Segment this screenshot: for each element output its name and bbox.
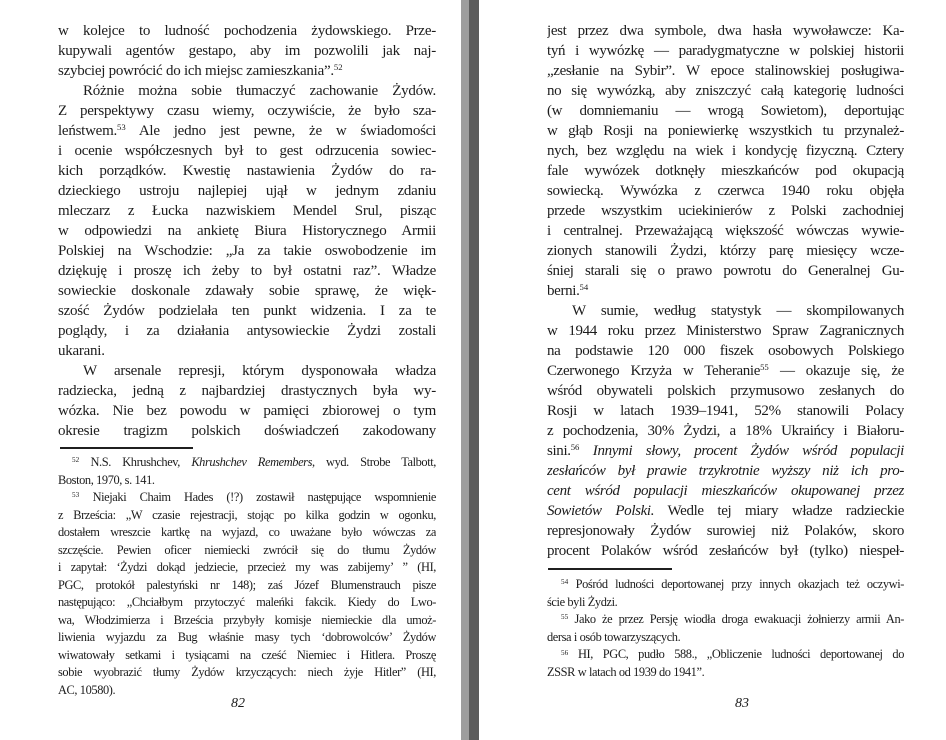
footnote-marker: 53 (117, 122, 126, 132)
text-line: wiwatowały setkami i tysiącami na cześć … (58, 647, 436, 665)
text-run: kupywali agentów gestapo, aby im pozwoli… (58, 43, 436, 59)
text-run: sowieckie doskonale zdawały sobie sprawę… (58, 283, 436, 299)
text-line: sowiecką. Wywózka z czerwca 1940 roku ob… (547, 181, 904, 201)
left-page-number: 82 (58, 695, 418, 713)
footnote-marker: 56 (571, 442, 580, 452)
text-run: Boston, 1970, s. 141. (58, 473, 155, 487)
text-run: HI, PGC, pudło 588., „Obliczenie ludnośc… (568, 647, 904, 661)
text-run: dostałem wreszcie kartkę na wyjazd, co u… (58, 525, 436, 539)
text-line: dostałem wreszcie kartkę na wyjazd, co u… (58, 524, 436, 542)
text-line: zionych stanowili Żydzi, którzy parę mie… (547, 241, 904, 261)
text-line: okresie tragizm polskich doświadczeń zak… (58, 421, 436, 441)
text-run: w odpowiedzi na ankietę Biura Historyczn… (58, 223, 436, 239)
text-run: „zesłanie na Sybir”. W epoce stalinowski… (547, 63, 904, 79)
text-line: i ocenie współczesnych był to gest odrzu… (58, 141, 436, 161)
text-line: berni.54 (547, 281, 904, 301)
text-run: liwienia wyjazdu za Bug właśnie masy tyc… (58, 630, 436, 644)
text-run: kich porządków. Kwestię nastawienia Żydó… (58, 163, 436, 179)
text-line: sini.56 Innymi słowy, procent Żydów wśró… (547, 441, 904, 461)
text-line: w kolejce to ludność pochodzenia żydowsk… (58, 21, 436, 41)
text-line: przede wszystkim uciekinierów z Polski z… (547, 201, 904, 221)
text-run: przede wszystkim uciekinierów z Polski z… (547, 203, 904, 219)
text-line: jest przez dwa symbole, dwa hasła wywoła… (547, 21, 904, 41)
text-line: W sumie, według statystyk — skompilowany… (547, 301, 904, 321)
text-line: fale wywózek dotknęły mieszkańców pod ok… (547, 161, 904, 181)
text-line: dziękuję i proszę ich żeby to był ostatn… (58, 261, 436, 281)
text-line: „zesłanie na Sybir”. W epoce stalinowski… (547, 61, 904, 81)
text-run: tyń i wywózkę — paradygmatyczne w polski… (547, 43, 904, 59)
text-line: kich porządków. Kwestię nastawienia Żydó… (58, 161, 436, 181)
text-line: szczęście. Pewien oficer niemiecki zwróc… (58, 542, 436, 560)
text-line: zesłańców był prawie trzykrotnie wyższy … (547, 461, 904, 481)
text-line: sowieckie doskonale zdawały sobie sprawę… (58, 281, 436, 301)
text-run: Polskiej na Wschodzie: „Ja za takie oswo… (58, 243, 436, 259)
text-run: represjonowały Żydów surowiej niż Polakó… (547, 523, 904, 539)
text-line: z pochodzenia, 30% Żydzi, a 18% Ukraińcy… (547, 421, 904, 441)
text-run: jest przez dwa symbole, dwa hasła wywoła… (547, 23, 904, 39)
text-run: Sowietów Polski. (547, 503, 654, 519)
text-run: (w domniemaniu — wrogą Sowietom), deport… (547, 103, 904, 119)
text-run: N.S. Khrushchev, (79, 455, 191, 469)
left-footnote-rule (60, 447, 193, 449)
text-run: Rosji w latach 1939–1941, 52% stanowili … (547, 403, 904, 419)
right-page-number: 83 (552, 695, 932, 713)
text-run: wśród obywateli polskich przymusowo zesł… (547, 383, 904, 399)
text-run: Niejaki Chaim Hades (!?) zostawił następ… (79, 490, 436, 504)
text-run: szczęście. Pewien oficer niemiecki zwróc… (58, 543, 436, 557)
text-run: poglądy, i za działania antysowieckie Ży… (58, 323, 436, 339)
text-run: z Brześcia: „W czasie rejestracji, stoją… (58, 508, 436, 522)
text-run: Pośród ludności deportowanej przy innych… (568, 577, 904, 591)
text-run: wiwatowały setkami i tysiącami na cześć … (58, 648, 436, 662)
text-run: dziękuję i proszę ich żeby to był ostatn… (58, 263, 436, 279)
text-line: dersa i osób towarzyszących. (547, 629, 904, 647)
text-run: i centralnej. Przeważającą większość wów… (547, 223, 904, 239)
footnote-marker: 52 (334, 62, 343, 72)
text-run: Khrushchev Remembers (191, 455, 312, 469)
text-run: okresie tragizm polskich doświadczeń zak… (58, 423, 436, 439)
text-line: na podstawie 120 000 fiszek osobowych Po… (547, 341, 904, 361)
text-line: śniej starali się o prawo powrotu do Gen… (547, 261, 904, 281)
text-run: następująco: „Chciałbym przytoczyć maleń… (58, 595, 436, 609)
book-spread: w kolejce to ludność pochodzenia żydowsk… (0, 0, 946, 740)
text-run: wa, Włodzimierza i Brześcia przybyły kom… (58, 613, 436, 627)
text-run: w głąb Rosji na poniewierkę wszystkich t… (547, 123, 904, 139)
text-line: leństwem.53 Ale jedno jest pewne, że w ś… (58, 121, 436, 141)
text-line: w 1944 roku przez Ministerstwo Spraw Zag… (547, 321, 904, 341)
right-page-footnotes: 54 Pośród ludności deportowanej przy inn… (547, 576, 904, 682)
text-line: Sowietów Polski. Wedle tej miary władze … (547, 501, 904, 521)
text-line: mleczarz z Łucka nazwiskiem Mendel Srul,… (58, 201, 436, 221)
text-line: tyń i wywózkę — paradygmatyczne w polski… (547, 41, 904, 61)
text-line: 56 HI, PGC, pudło 588., „Obliczenie ludn… (547, 646, 904, 664)
text-line: liwienia wyjazdu za Bug właśnie masy tyc… (58, 629, 436, 647)
text-line: Różnie można sobie tłumaczyć zachowanie … (58, 81, 436, 101)
footnote-marker: 52 (72, 456, 79, 464)
text-line: wózka. Nie bez powodu w pamięci zbiorowe… (58, 401, 436, 421)
text-run: wózka. Nie bez powodu w pamięci zbiorowe… (58, 403, 436, 419)
text-line: 52 N.S. Khrushchev, Khrushchev Remembers… (58, 454, 436, 472)
text-line: represjonowały Żydów surowiej niż Polakó… (547, 521, 904, 541)
text-run: dzieckiego ustroju najlepiej ujął w jedn… (58, 183, 436, 199)
text-line: z Brześcia: „W czasie rejestracji, stoją… (58, 507, 436, 525)
text-line: poglądy, i za działania antysowieckie Ży… (58, 321, 436, 341)
text-line: szybciej powrócić do ich miejsc zamieszk… (58, 61, 436, 81)
text-line: (w domniemaniu — wrogą Sowietom), deport… (547, 101, 904, 121)
text-run: no się wywózką, aby zniszczyć całą kateg… (547, 83, 904, 99)
text-line: dzieckiego ustroju najlepiej ujął w jedn… (58, 181, 436, 201)
text-run: ście byli Żydzi. (547, 595, 617, 609)
text-line: i zapytał: ‘Żydzi dokąd jedziecie, przec… (58, 559, 436, 577)
text-run: leństwem. (58, 123, 117, 139)
text-line: procent Polaków wśród zesłańców był (tyl… (547, 541, 904, 561)
text-line: Boston, 1970, s. 141. (58, 472, 436, 490)
footnote-marker: 56 (561, 649, 568, 657)
text-run: , wyd. Strobe Talbott, (312, 455, 436, 469)
text-line: Czerwonego Krzyża w Teheranie55 — okazuj… (547, 361, 904, 381)
text-line: wa, Włodzimierza i Brześcia przybyły kom… (58, 612, 436, 630)
text-run: Ale jedno jest pewne, że w świadomości (126, 123, 436, 139)
text-run: zionych stanowili Żydzi, którzy parę mie… (547, 243, 904, 259)
text-run: śniej starali się o prawo powrotu do Gen… (547, 263, 904, 279)
text-line: no się wywózką, aby zniszczyć całą kateg… (547, 81, 904, 101)
binding-shadow-light-band (461, 0, 469, 740)
footnote-marker: 54 (561, 578, 568, 586)
footnote-marker: 54 (579, 282, 588, 292)
text-run: na podstawie 120 000 fiszek osobowych Po… (547, 343, 904, 359)
text-line: ZSSR w latach od 1939 do 1941”. (547, 664, 904, 682)
text-run: sowiecką. Wywózka z czerwca 1940 roku ob… (547, 183, 904, 199)
text-run: W sumie, według statystyk — skompilowany… (572, 303, 904, 319)
text-run: mleczarz z Łucka nazwiskiem Mendel Srul,… (58, 203, 436, 219)
text-run: Wedle tej miary władze radzieckie (654, 503, 904, 519)
text-run: Z perspektywy czasu wiemy, oczywiście, ż… (58, 103, 436, 119)
text-line: cent wśród populacji mieszkańców okupowa… (547, 481, 904, 501)
text-line: PGC, protokół palestyński nr 148); zaś J… (58, 577, 436, 595)
text-run: PGC, protokół palestyński nr 148); zaś J… (58, 578, 436, 592)
left-page-body-text: w kolejce to ludność pochodzenia żydowsk… (58, 21, 436, 441)
footnote-marker: 53 (72, 491, 79, 499)
text-run: szość Żydów podzielała ten punkt widzeni… (58, 303, 436, 319)
text-line: ukarani. (58, 341, 436, 361)
text-run: i ocenie współczesnych był to gest odrzu… (58, 143, 436, 159)
text-line: 55 Jako że przez Persję wiodła droga ewa… (547, 611, 904, 629)
text-line: w głąb Rosji na poniewierkę wszystkich t… (547, 121, 904, 141)
text-line: kupywali agentów gestapo, aby im pozwoli… (58, 41, 436, 61)
text-line: w odpowiedzi na ankietę Biura Historyczn… (58, 221, 436, 241)
text-line: W arsenale represji, którym dysponowała … (58, 361, 436, 381)
text-run: z pochodzenia, 30% Żydzi, a 18% Ukraińcy… (547, 423, 904, 439)
text-run: — okazuje się, że (769, 363, 904, 379)
text-run: ukarani. (58, 343, 105, 359)
text-run: cent wśród populacji mieszkańców okupowa… (547, 483, 904, 499)
text-line: wśród obywateli polskich przymusowo zesł… (547, 381, 904, 401)
text-line: Rosji w latach 1939–1941, 52% stanowili … (547, 401, 904, 421)
text-run: w kolejce to ludność pochodzenia żydowsk… (58, 23, 436, 39)
text-line: radziecka, jedną z najbardziej drastyczn… (58, 381, 436, 401)
text-line: sobie wyobrazić tłumy Żydów krzyczących:… (58, 664, 436, 682)
text-line: następująco: „Chciałbym przytoczyć maleń… (58, 594, 436, 612)
text-line: 53 Niejaki Chaim Hades (!?) zostawił nas… (58, 489, 436, 507)
text-line: Z perspektywy czasu wiemy, oczywiście, ż… (58, 101, 436, 121)
text-line: i centralnej. Przeważającą większość wów… (547, 221, 904, 241)
right-footnote-rule (548, 568, 672, 570)
text-run: dersa i osób towarzyszących. (547, 630, 680, 644)
text-run: procent Polaków wśród zesłańców był (tyl… (547, 543, 904, 559)
binding-gutter-shadow (461, 0, 480, 740)
text-run: nych, bez względu na wiek i kondycję fiz… (547, 143, 904, 159)
text-run: i zapytał: ‘Żydzi dokąd jedziecie, przec… (58, 560, 436, 574)
text-run: szybciej powrócić do ich miejsc zamieszk… (58, 63, 334, 79)
text-line: Polskiej na Wschodzie: „Ja za takie oswo… (58, 241, 436, 261)
text-run: Różnie można sobie tłumaczyć zachowanie … (83, 83, 436, 99)
text-run: W arsenale represji, którym dysponowała … (83, 363, 436, 379)
footnote-marker: 55 (561, 613, 568, 621)
left-page-footnotes: 52 N.S. Khrushchev, Khrushchev Remembers… (58, 454, 436, 699)
text-run: sini. (547, 443, 571, 459)
binding-shadow-dark-band (469, 0, 479, 740)
text-run: radziecka, jedną z najbardziej drastyczn… (58, 383, 436, 399)
text-run: zesłańców był prawie trzykrotnie wyższy … (547, 463, 904, 479)
text-run: Jako że przez Persję wiodła droga ewakua… (568, 612, 904, 626)
text-run: w 1944 roku przez Ministerstwo Spraw Zag… (547, 323, 904, 339)
text-run: ZSSR w latach od 1939 do 1941”. (547, 665, 704, 679)
text-line: szość Żydów podzielała ten punkt widzeni… (58, 301, 436, 321)
text-line: ście byli Żydzi. (547, 594, 904, 612)
text-line: nych, bez względu na wiek i kondycję fiz… (547, 141, 904, 161)
text-run: Czerwonego Krzyża w Teheranie (547, 363, 760, 379)
text-run: berni. (547, 283, 579, 299)
right-page-body-text: jest przez dwa symbole, dwa hasła wywoła… (547, 21, 904, 561)
text-run: fale wywózek dotknęły mieszkańców pod ok… (547, 163, 904, 179)
footnote-marker: 55 (760, 362, 769, 372)
text-run: Innymi słowy, procent Żydów wśród popula… (579, 443, 904, 459)
text-line: 54 Pośród ludności deportowanej przy inn… (547, 576, 904, 594)
text-run: sobie wyobrazić tłumy Żydów krzyczących:… (58, 665, 436, 679)
